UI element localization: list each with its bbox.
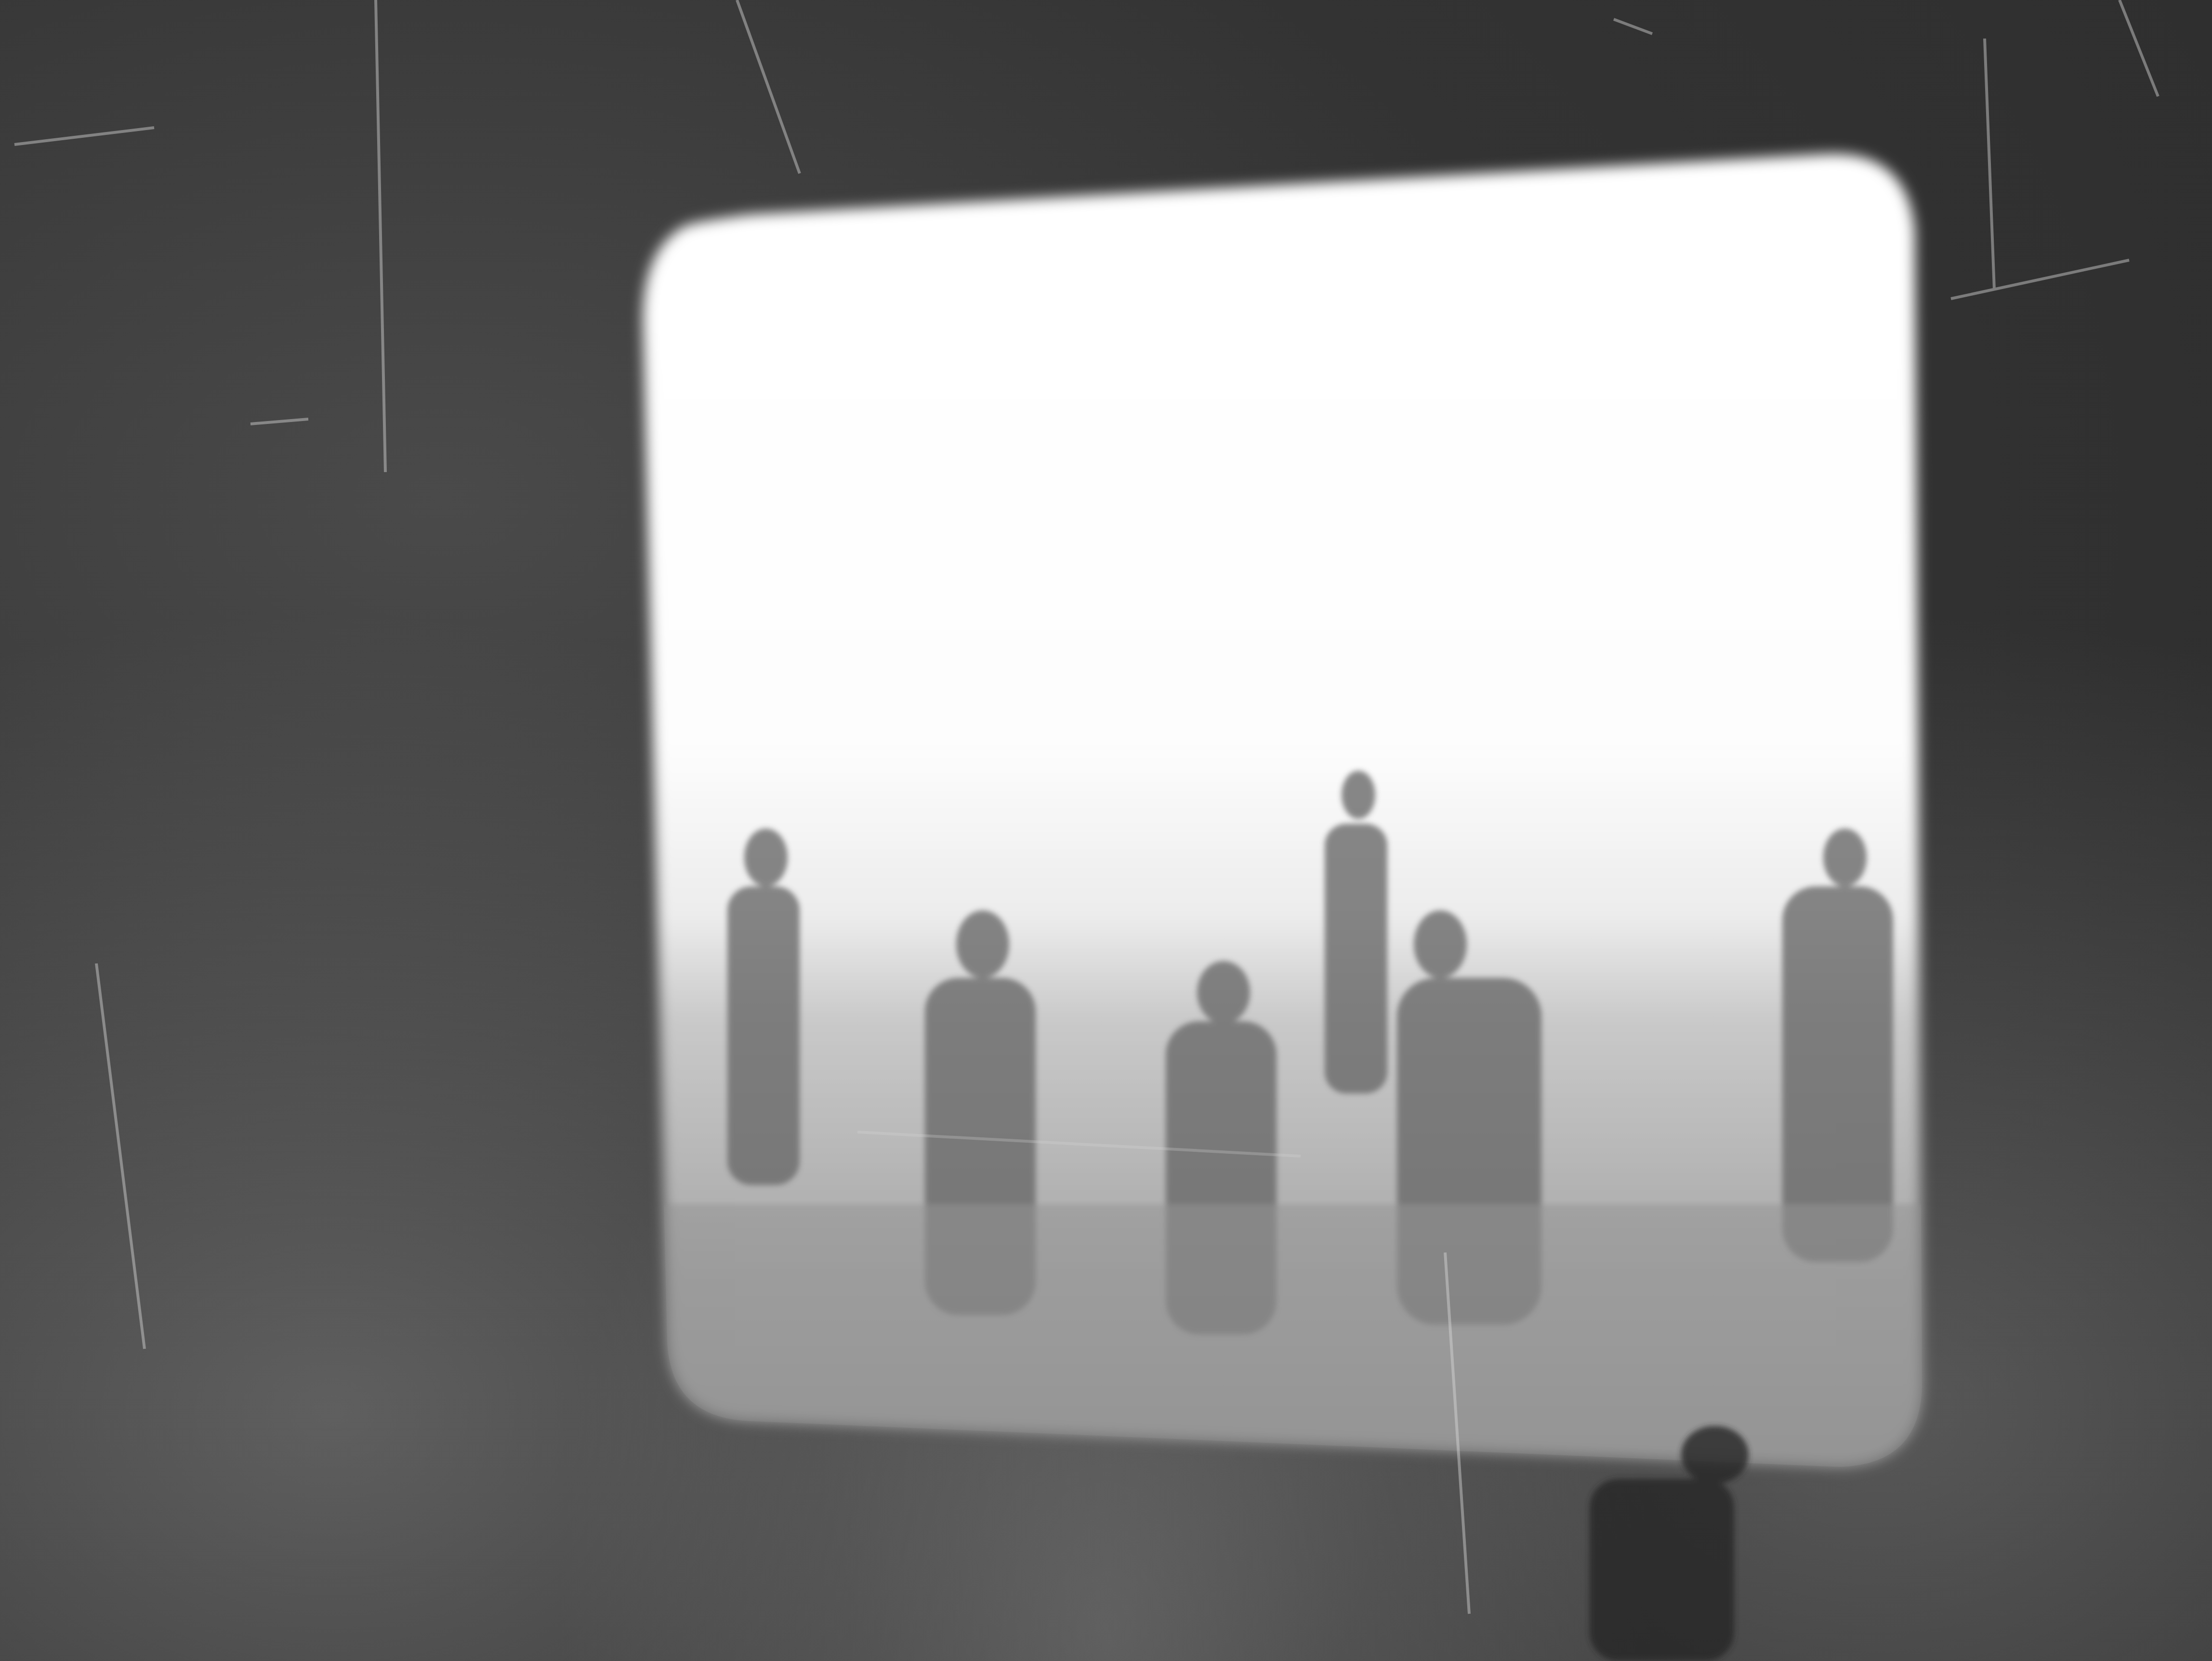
photograph-scene [0,0,2212,1661]
foreground-figure [1590,1426,1749,1661]
